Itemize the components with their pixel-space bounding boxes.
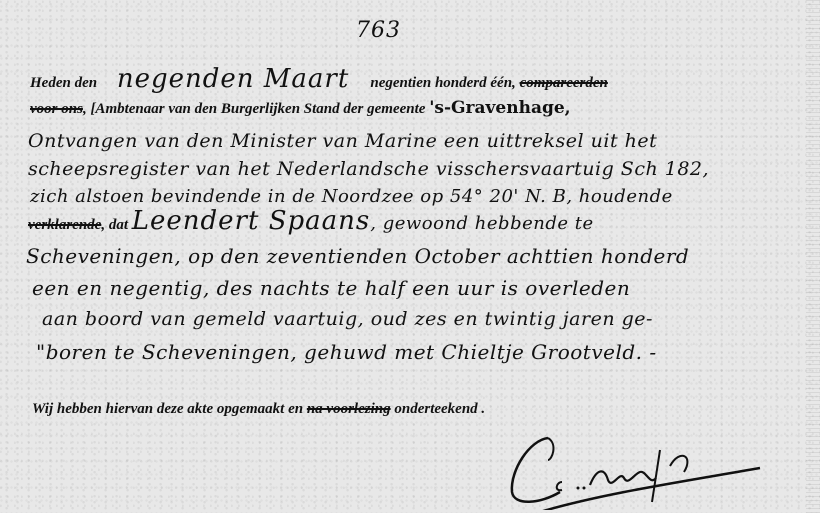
document-line-5: zich alstoen bevindende in de Noordzee o… <box>30 186 673 207</box>
municipality-name: 's-Gravenhage, <box>429 98 570 118</box>
signature-stroke-icon <box>500 430 800 510</box>
document-line-7: Scheveningen, op den zeventienden Octobe… <box>26 244 689 268</box>
document-line-9: aan boord van gemeld vaartuig, oud zes e… <box>42 308 653 330</box>
signature <box>500 430 800 510</box>
handwritten-text: , gewoond hebbende te <box>370 213 593 234</box>
printed-text: , [Ambtenaar van den Burgerlijken Stand … <box>83 101 429 117</box>
document-line-3: Ontvangen van den Minister van Marine ee… <box>28 130 657 152</box>
closing-line: Wij hebben hiervan deze akte opgemaakt e… <box>32 398 485 418</box>
record-number: 763 <box>356 18 401 43</box>
struck-text: na voorlezing <box>307 401 391 417</box>
document-line-10: "boren te Scheveningen, gehuwd met Chiel… <box>36 340 657 364</box>
printed-text: negentien honderd één, <box>370 75 519 91</box>
document-line-2: voor ons, [Ambtenaar van den Burgerlijke… <box>30 98 571 118</box>
printed-text: Heden den <box>30 75 101 91</box>
printed-text: onderteekend . <box>391 401 486 417</box>
printed-text: , dat <box>101 217 131 233</box>
printed-text: Wij hebben hiervan deze akte opgemaakt e… <box>32 401 307 417</box>
page-edge <box>806 0 820 513</box>
document-line-1: Heden den negenden Maart negentien honde… <box>30 64 608 94</box>
document-line-6: verklarende, dat Leendert Spaans, gewoon… <box>28 206 594 236</box>
struck-text: verklarende <box>28 217 101 233</box>
handwritten-date: negenden Maart <box>117 64 349 94</box>
deceased-name: Leendert Spaans <box>132 206 371 236</box>
struck-text: compareerden <box>520 75 608 91</box>
struck-text: voor ons <box>30 101 83 117</box>
document-line-8: een en negentig, des nachts te half een … <box>32 276 630 300</box>
document-line-4: scheepsregister van het Nederlandsche vi… <box>28 158 709 180</box>
